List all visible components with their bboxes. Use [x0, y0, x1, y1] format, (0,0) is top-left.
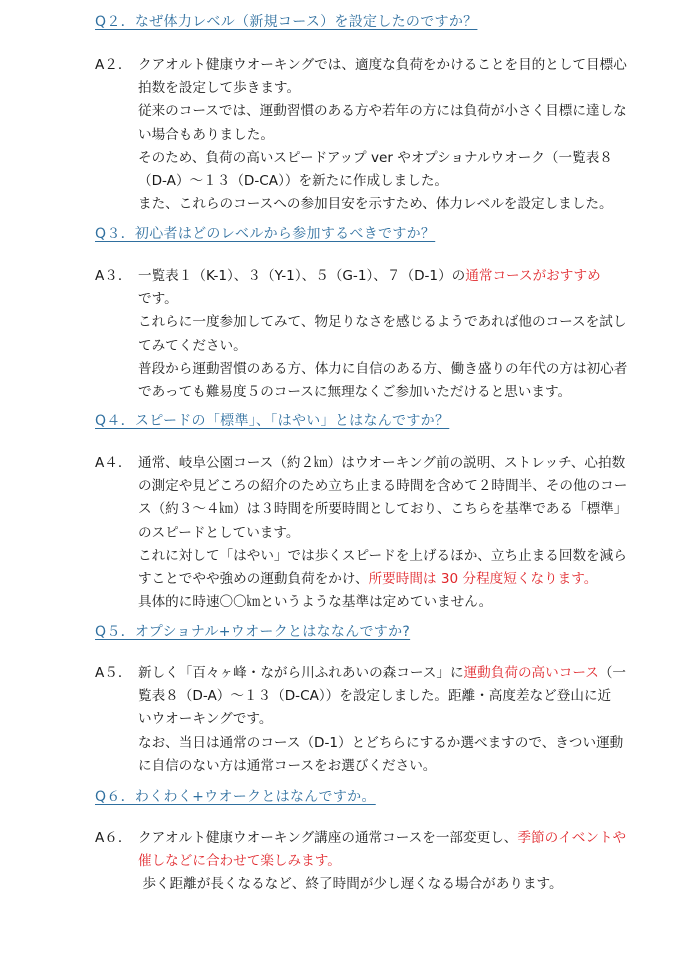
answer-line: クアオルト健康ウオーキングでは、適度な負荷をかけることを目的として目標心	[138, 54, 615, 77]
answer-line: なお、当日は通常のコース（D-1）とどちらにするか選べますので、きつい運動	[138, 732, 615, 755]
answer-line: 一覧表１（K-1）、３（Y-1）、５（G-1）、７（D-1）の通常コースがおすす…	[138, 265, 615, 288]
emphasis-text: 運動負荷の高いコース	[464, 665, 599, 681]
emphasis-text: 催しなどに合わせて楽しみます。	[138, 853, 341, 869]
answer-text: （一	[599, 665, 626, 681]
answer-line: の測定や見どころの紹介のため立ち止まる時間を含めて２時間半、その他のコー	[138, 475, 615, 498]
answer-label: A２．	[95, 54, 139, 77]
answer-line: 普段から運動習慣のある方、体力に自信のある方、働き盛りの年代の方は初心者	[138, 358, 615, 381]
answer-line: （D-A）～１３（D-CA））を新たに作成しました。	[138, 170, 615, 193]
answer-line: であっても難易度５のコースに無理なくご参加いただけると思います。	[138, 381, 615, 404]
answer-a3: A３． 一覧表１（K-1）、３（Y-1）、５（G-1）、７（D-1）の通常コース…	[95, 265, 615, 404]
emphasis-text: 通常コースがおすすめ	[465, 268, 600, 284]
answer-line: 歩く距離が長くなるなど、終了時間が少し遅くなる場合があります。	[138, 873, 615, 896]
answer-text: すことでやや強めの運動負荷をかけ、	[138, 571, 369, 587]
answer-label: A４．	[95, 452, 139, 475]
answer-line: これに対して「はやい」では歩くスピードを上げるほか、立ち止まる回数を減ら	[138, 545, 615, 568]
answer-line: 拍数を設定して歩きます。	[138, 77, 615, 100]
answer-label: A５．	[95, 662, 139, 685]
question-q5: Q５．オプショナル+ウオークとはななんですか?	[95, 622, 410, 642]
answer-line: 新しく「百々ヶ峰・ながら川ふれあいの森コース」に運動負荷の高いコース（一	[138, 662, 615, 685]
answer-line: また、これらのコースへの参加目安を示すため、体力レベルを設定しました。	[138, 193, 615, 216]
answer-label: A３．	[95, 265, 139, 288]
answer-text: 一覧表１（K-1）、３（Y-1）、５（G-1）、７（D-1）の	[138, 268, 465, 284]
answer-a2: A２． クアオルト健康ウオーキングでは、適度な負荷をかけることを目的として目標心…	[95, 54, 615, 216]
answer-line: すことでやや強めの運動負荷をかけ、所要時間は 30 分程度短くなります。	[138, 568, 615, 591]
answer-line: 通常、岐阜公園コース（約２㎞）はウオーキング前の説明、ストレッチ、心拍数	[138, 452, 615, 475]
answer-line: 具体的に時速〇〇㎞というような基準は定めていません。	[138, 591, 615, 614]
answer-label: A６．	[95, 827, 139, 850]
emphasis-text: 季節のイベントや	[517, 830, 626, 846]
answer-line: 覧表８（D-A）～１３（D-CA））を設定しました。距離・高度差など登山に近	[138, 685, 615, 708]
question-q2: Q２．なぜ体力レベル（新規コース）を設定したのですか？	[95, 12, 477, 32]
answer-line: クアオルト健康ウオーキング講座の通常コースを一部変更し、季節のイベントや	[138, 827, 615, 850]
answer-line: 催しなどに合わせて楽しみます。	[138, 850, 615, 873]
answer-line: のスピードとしています。	[138, 522, 615, 545]
question-q3: Q３．初心者はどのレベルから参加するべきですか？	[95, 224, 435, 244]
answer-line: いウオーキングです。	[138, 708, 615, 731]
question-q4: Q４．スピードの「標準」、「はやい」とはなんですか？	[95, 411, 449, 431]
answer-line: ス（約３～４㎞）は３時間を所要時間としており、こちらを基準である「標準」	[138, 498, 615, 521]
answer-a6: A６． クアオルト健康ウオーキング講座の通常コースを一部変更し、季節のイベントや…	[95, 827, 615, 897]
answer-line: これらに一度参加してみて、物足りなさを感じるようであれば他のコースを試し	[138, 311, 615, 334]
answer-line: てみてください。	[138, 335, 615, 358]
answer-line: です。	[138, 288, 615, 311]
answer-a5: A５． 新しく「百々ヶ峰・ながら川ふれあいの森コース」に運動負荷の高いコース（一…	[95, 662, 615, 778]
question-q6: Q６．わくわく+ウオークとはなんですか。	[95, 787, 376, 807]
answer-line: に自信のない方は通常コースをお選びください。	[138, 755, 615, 778]
answer-line: そのため、負荷の高いスピードアップ ver やオプショナルウオーク（一覧表８	[138, 147, 615, 170]
emphasis-text: 所要時間は 30 分程度短くなります。	[369, 571, 598, 587]
answer-text: クアオルト健康ウオーキング講座の通常コースを一部変更し、	[138, 830, 517, 846]
answer-text: 新しく「百々ヶ峰・ながら川ふれあいの森コース」に	[138, 665, 464, 681]
answer-line: い場合もありました。	[138, 124, 615, 147]
answer-a4: A４． 通常、岐阜公園コース（約２㎞）はウオーキング前の説明、ストレッチ、心拍数…	[95, 452, 615, 614]
answer-line: 従来のコースでは、運動習慣のある方や若年の方には負荷が小さく目標に達しな	[138, 100, 615, 123]
